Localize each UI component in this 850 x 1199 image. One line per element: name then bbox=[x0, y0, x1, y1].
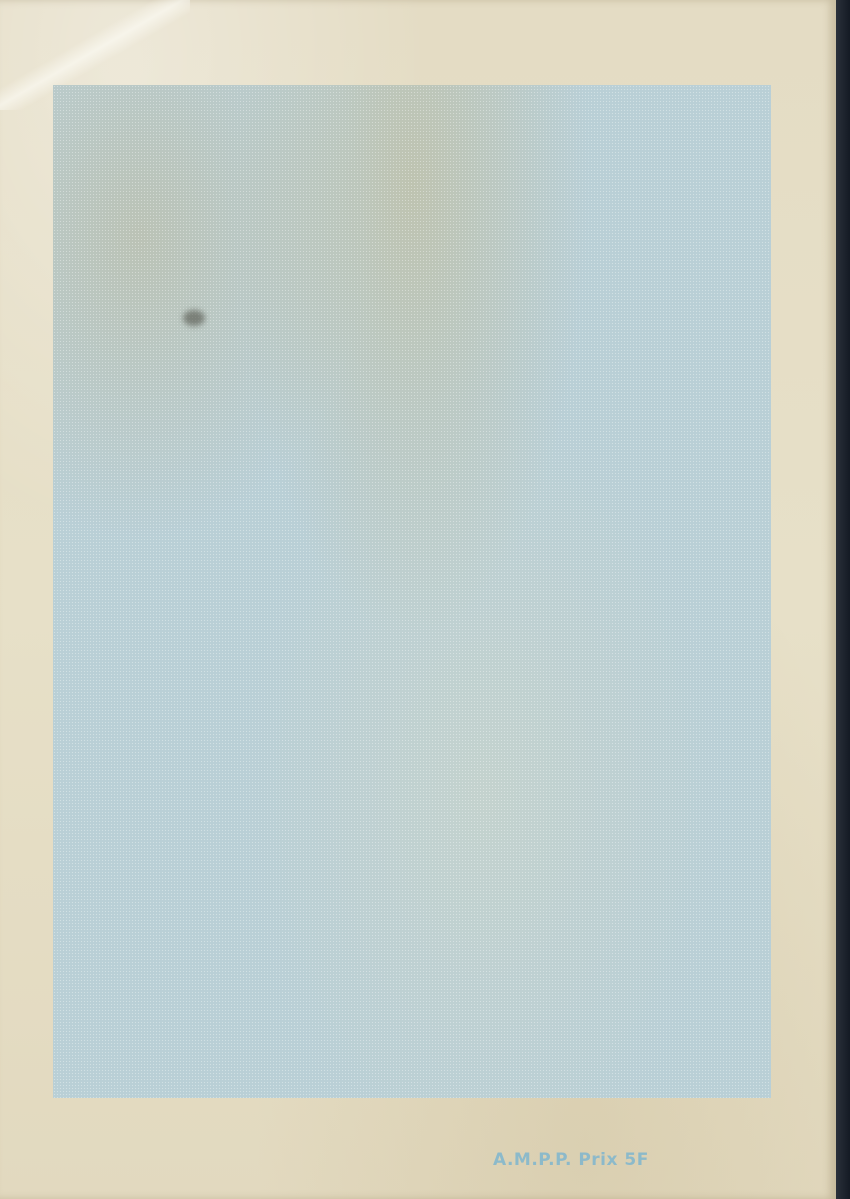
ink-stain bbox=[183, 310, 205, 326]
back-cover: A.M.P.P. Prix 5F bbox=[0, 0, 836, 1199]
scan-background-edge bbox=[836, 0, 850, 1199]
price-stamp: A.M.P.P. Prix 5F bbox=[493, 1150, 649, 1170]
blue-printed-panel bbox=[53, 85, 771, 1098]
